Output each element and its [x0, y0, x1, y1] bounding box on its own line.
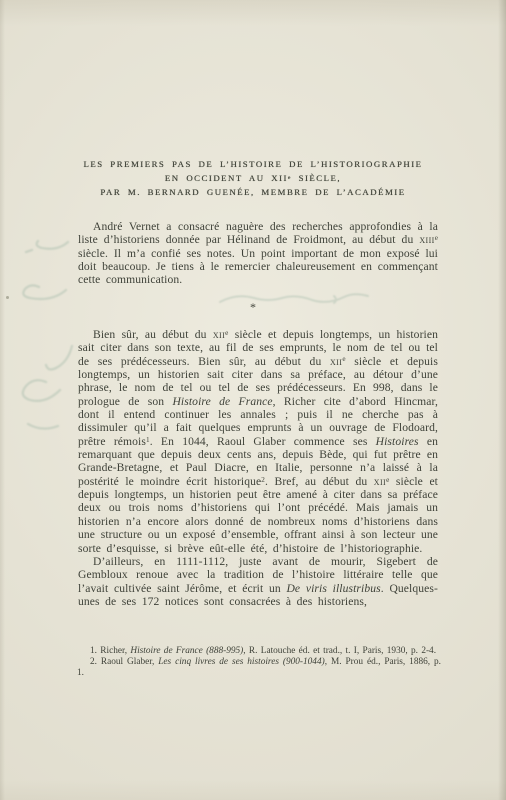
text-run: Histoires	[376, 435, 419, 448]
text-run: PAR M. BERNARD GUENÉE, MEMBRE DE L’ACADÉ…	[100, 187, 405, 197]
footnote: 2. Raoul Glaber, Les cinq livres de ses …	[77, 657, 441, 679]
text-run: 2. Raoul Glaber,	[90, 657, 158, 667]
text-run: , R. Latouche éd. et trad., t. I, Paris,…	[243, 646, 436, 656]
text-run: Histoire de France (888-995)	[130, 646, 243, 656]
section-separator-asterisk: *	[0, 300, 506, 315]
text-run: xii	[374, 475, 386, 488]
heading-line: LES PREMIERS PAS DE L’HISTOIRE DE L’HIST…	[20, 157, 486, 171]
superscript-text: 1	[146, 436, 150, 444]
text-run: André Vernet a consacré naguère des rech…	[78, 220, 438, 246]
text-run: xiii	[419, 233, 434, 246]
text-run: xii	[330, 355, 342, 368]
article-heading: LES PREMIERS PAS DE L’HISTOIRE DE L’HIST…	[20, 157, 486, 199]
paper-speck	[6, 296, 9, 299]
text-run: Histoire de France	[172, 395, 272, 408]
text-run: De viris illustribus	[286, 582, 380, 595]
superscript-text: e	[288, 175, 292, 181]
scanned-page: LES PREMIERS PAS DE L’HISTOIRE DE L’HIST…	[0, 0, 506, 800]
text-run: LES PREMIERS PAS DE L’HISTOIRE DE L’HIST…	[83, 159, 422, 169]
text-run: xii	[213, 328, 225, 341]
text-run: 1. Richer,	[90, 646, 130, 656]
superscript-text: e	[225, 329, 228, 337]
text-run: Bien sûr, au début du	[93, 328, 213, 341]
text-run: EN OCCIDENT AU XII	[165, 173, 288, 183]
text-run: siècle. Il m’a confié ses notes. Un poin…	[78, 247, 438, 287]
superscript-text: e	[386, 476, 389, 484]
text-run: SIÈCLE,	[292, 173, 341, 183]
body-paragraph: Bien sûr, au début du xiie siècle et dep…	[78, 328, 438, 555]
heading-line: EN OCCIDENT AU XIIe SIÈCLE,	[20, 171, 486, 185]
footnote: 1. Richer, Histoire de France (888-995),…	[77, 646, 441, 657]
body-paragraph: D’ailleurs, en 1111-1112, juste avant de…	[78, 555, 438, 608]
superscript-text: e	[435, 234, 438, 242]
text-run: . En 1044, Raoul Glaber commence ses	[150, 435, 376, 448]
superscript-text: 2	[261, 476, 265, 484]
superscript-text: e	[342, 355, 345, 363]
bleed-through-marks-left	[2, 228, 82, 443]
footnotes: 1. Richer, Histoire de France (888-995),…	[77, 646, 441, 679]
article-body: Bien sûr, au début du xiie siècle et dep…	[78, 328, 438, 608]
heading-line: PAR M. BERNARD GUENÉE, MEMBRE DE L’ACADÉ…	[20, 185, 486, 199]
intro-paragraph: André Vernet a consacré naguère des rech…	[78, 220, 438, 287]
text-run: Les cinq livres de ses histoires (900-10…	[158, 657, 324, 667]
text-run: . Bref, au début du	[265, 475, 374, 488]
